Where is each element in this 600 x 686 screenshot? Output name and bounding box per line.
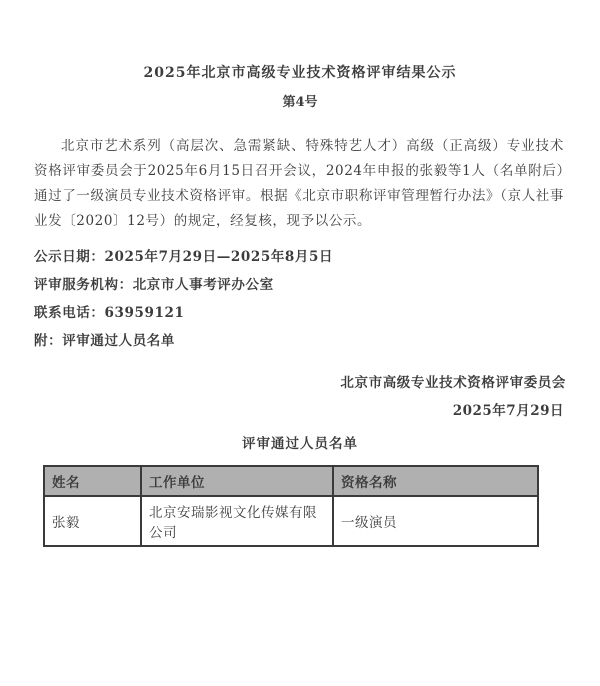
contact-phone-line: 联系电话：63959121	[34, 306, 564, 321]
roster-table-title: 评审通过人员名单	[0, 436, 600, 452]
cell-employer: 北京安瑞影视文化传媒有限公司	[141, 496, 333, 546]
signature-committee-name: 北京市高级专业技术资格评审委员会	[34, 375, 566, 391]
header-name: 姓名	[44, 466, 141, 496]
publicity-period-line: 公示日期：2025年7月29日—2025年8月5日	[34, 250, 564, 265]
signature-block: 北京市高级专业技术资格评审委员会 2025年7月29日	[34, 375, 566, 419]
document-title: 2025年北京市高级专业技术资格评审结果公示	[0, 0, 600, 82]
header-employer: 工作单位	[141, 466, 333, 496]
roster-header-row: 姓名 工作单位 资格名称	[44, 466, 538, 496]
announcement-document: 2025年北京市高级专业技术资格评审结果公示 第4号 北京市艺术系列（高层次、急…	[0, 0, 600, 686]
meta-block: 公示日期：2025年7月29日—2025年8月5日 评审服务机构：北京市人事考评…	[34, 250, 564, 349]
attachment-line: 附：评审通过人员名单	[34, 334, 564, 349]
header-qualification: 资格名称	[333, 466, 538, 496]
announcement-body-paragraph: 北京市艺术系列（高层次、急需紧缺、特殊特艺人才）高级（正高级）专业技术资格评审委…	[34, 134, 564, 234]
signature-date: 2025年7月29日	[34, 403, 566, 419]
table-row: 张毅 北京安瑞影视文化传媒有限公司 一级演员	[44, 496, 538, 546]
cell-name: 张毅	[44, 496, 141, 546]
roster-table: 姓名 工作单位 资格名称 张毅 北京安瑞影视文化传媒有限公司 一级演员	[43, 465, 539, 547]
review-agency-line: 评审服务机构：北京市人事考评办公室	[34, 278, 564, 293]
cell-qualification: 一级演员	[333, 496, 538, 546]
document-number: 第4号	[0, 95, 600, 111]
